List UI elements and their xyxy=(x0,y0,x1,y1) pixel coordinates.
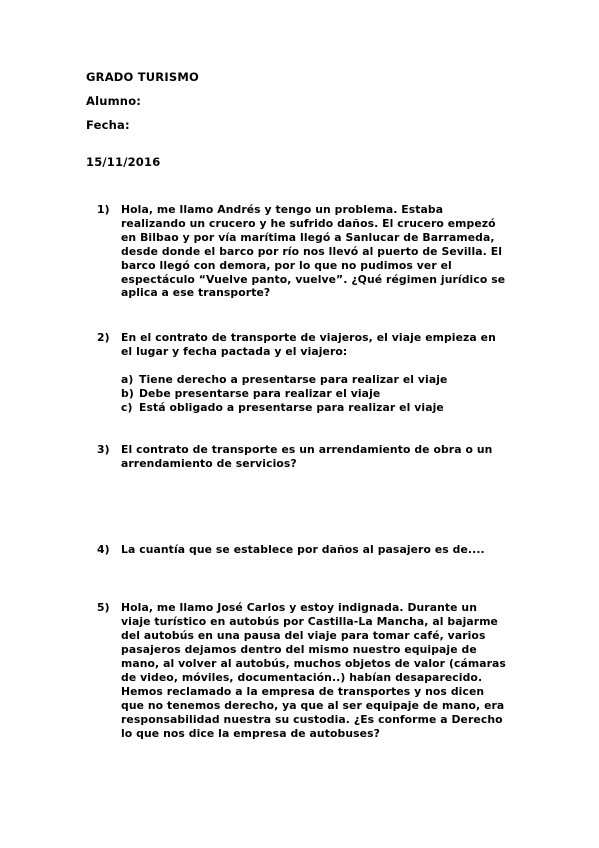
question-item: 3) El contrato de transporte es un arren… xyxy=(97,443,599,471)
question-body: El contrato de transporte es un arrendam… xyxy=(121,443,492,471)
date-label: Fecha: xyxy=(86,113,599,137)
student-label: Alumno: xyxy=(86,89,599,113)
question-list: 1) Hola, me llamo Andrés y tengo un prob… xyxy=(97,203,599,741)
option-text: Debe presentarse para realizar el viaje xyxy=(139,387,380,401)
page-title: GRADO TURISMO xyxy=(86,65,599,89)
question-number: 5) xyxy=(97,601,121,740)
question-number: 4) xyxy=(97,543,121,557)
exam-date: 15/11/2016 xyxy=(86,155,599,169)
question-number: 2) xyxy=(97,331,121,414)
question-body: En el contrato de transporte de viajeros… xyxy=(121,331,496,414)
question-text: El contrato de transporte es un arrendam… xyxy=(121,443,492,471)
question-item: 4) La cuantía que se establece por daños… xyxy=(97,543,599,557)
option-letter: c) xyxy=(121,401,139,415)
document-header: GRADO TURISMO Alumno: Fecha: xyxy=(86,65,599,137)
option-letter: a) xyxy=(121,373,139,387)
question-item: 1) Hola, me llamo Andrés y tengo un prob… xyxy=(97,203,599,300)
question-text: En el contrato de transporte de viajeros… xyxy=(121,331,496,359)
answer-option: a) Tiene derecho a presentarse para real… xyxy=(121,373,496,387)
question-body: Hola, me llamo José Carlos y estoy indig… xyxy=(121,601,506,740)
answer-options: a) Tiene derecho a presentarse para real… xyxy=(121,373,496,415)
question-text: Hola, me llamo José Carlos y estoy indig… xyxy=(121,601,506,740)
option-text: Tiene derecho a presentarse para realiza… xyxy=(139,373,447,387)
question-item: 2) En el contrato de transporte de viaje… xyxy=(97,331,599,414)
option-text: Está obligado a presentarse para realiza… xyxy=(139,401,444,415)
question-text: Hola, me llamo Andrés y tengo un problem… xyxy=(121,203,505,300)
answer-option: b) Debe presentarse para realizar el via… xyxy=(121,387,496,401)
document-page: GRADO TURISMO Alumno: Fecha: 15/11/2016 … xyxy=(0,0,599,848)
question-body: Hola, me llamo Andrés y tengo un problem… xyxy=(121,203,505,300)
question-number: 3) xyxy=(97,443,121,471)
question-number: 1) xyxy=(97,203,121,300)
question-text: La cuantía que se establece por daños al… xyxy=(121,543,485,557)
answer-option: c) Está obligado a presentarse para real… xyxy=(121,401,496,415)
option-letter: b) xyxy=(121,387,139,401)
question-item: 5) Hola, me llamo José Carlos y estoy in… xyxy=(97,601,599,740)
question-body: La cuantía que se establece por daños al… xyxy=(121,543,485,557)
